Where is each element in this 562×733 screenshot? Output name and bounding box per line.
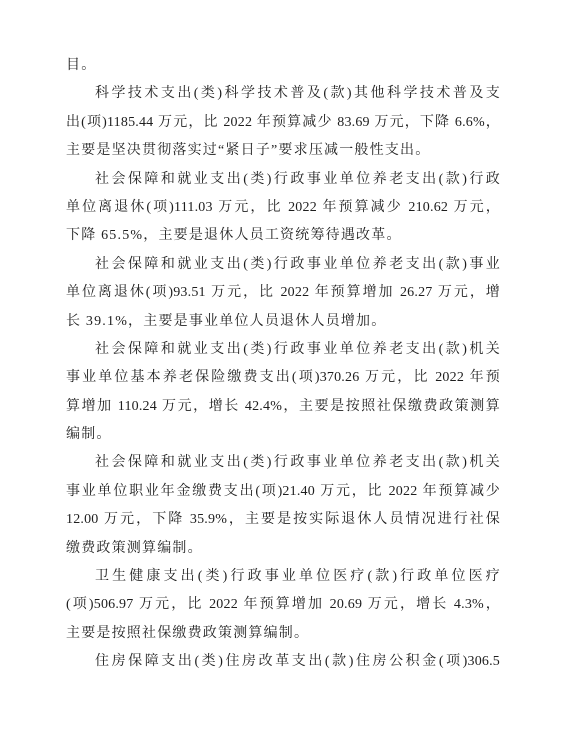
- text-line: 住房保障支出(类)住房改革支出(款)住房公积金(项)306.5: [66, 648, 500, 676]
- text-line: (项)506.97 万元，比 2022 年预算增加 20.69 万元，增长 4.…: [66, 591, 500, 619]
- text-line: 单位离退休(项)111.03 万元，比 2022 年预算减少 210.62 万元…: [66, 194, 500, 222]
- text-line: 下降 65.5%，主要是退休人员工资统筹待遇改革。: [66, 222, 500, 250]
- text-line: 编制。: [66, 421, 500, 449]
- text-line: 社会保障和就业支出(类)行政事业单位养老支出(款)事业: [66, 251, 500, 279]
- text-line: 长 39.1%，主要是事业单位人员退休人员增加。: [66, 308, 500, 336]
- text-line: 算增加 110.24 万元，增长 42.4%，主要是按照社保缴费政策测算: [66, 393, 500, 421]
- text-line: 卫生健康支出(类)行政事业单位医疗(款)行政单位医疗: [66, 563, 500, 591]
- text-line: 科学技术支出(类)科学技术普及(款)其他科学技术普及支: [66, 80, 500, 108]
- text-line: 缴费政策测算编制。: [66, 535, 500, 563]
- text-line: 主要是坚决贯彻落实过“紧日子”要求压减一般性支出。: [66, 137, 500, 165]
- text-line: 出(项)1185.44 万元，比 2022 年预算减少 83.69 万元，下降 …: [66, 109, 500, 137]
- text-line: 社会保障和就业支出(类)行政事业单位养老支出(款)机关: [66, 449, 500, 477]
- text-line: 社会保障和就业支出(类)行政事业单位养老支出(款)行政: [66, 166, 500, 194]
- text-line: 目。: [66, 52, 500, 80]
- document-text-block: 目。科学技术支出(类)科学技术普及(款)其他科学技术普及支出(项)1185.44…: [66, 52, 500, 677]
- text-line: 事业单位职业年金缴费支出(项)21.40 万元，比 2022 年预算减少: [66, 478, 500, 506]
- text-line: 社会保障和就业支出(类)行政事业单位养老支出(款)机关: [66, 336, 500, 364]
- document-page: 目。科学技术支出(类)科学技术普及(款)其他科学技术普及支出(项)1185.44…: [0, 0, 562, 733]
- text-line: 12.00 万元，下降 35.9%，主要是按实际退休人员情况进行社保: [66, 506, 500, 534]
- text-line: 主要是按照社保缴费政策测算编制。: [66, 620, 500, 648]
- text-line: 事业单位基本养老保险缴费支出(项)370.26 万元，比 2022 年预: [66, 364, 500, 392]
- text-line: 单位离退休(项)93.51 万元，比 2022 年预算增加 26.27 万元，增: [66, 279, 500, 307]
